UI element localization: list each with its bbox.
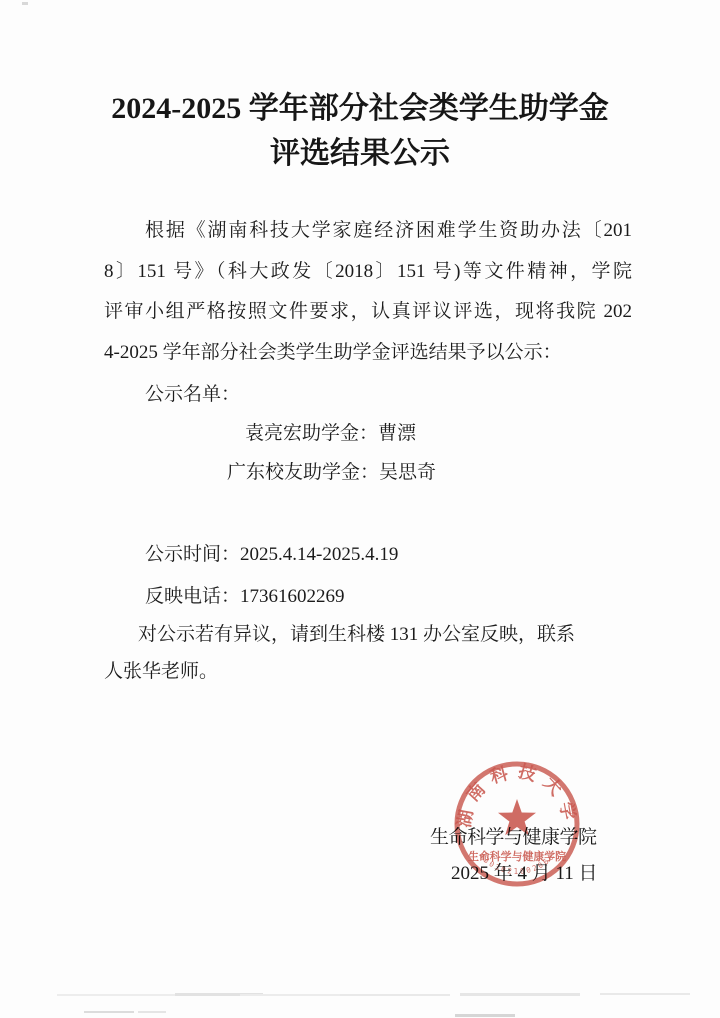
scan-artifact — [22, 2, 28, 5]
objection-line-1: 对公示若有异议，请到生科楼 131 办公室反映，联系 — [138, 622, 575, 648]
publicity-time: 公示时间：2025.4.14-2025.4.19 — [145, 542, 398, 568]
scanned-document-page: 2024-2025 学年部分社会类学生助学金 评选结果公示 根据《湖南科技大学家… — [0, 0, 720, 1018]
body-paragraph-line-3: 评审小组严格按照文件要求，认真评议评选，现将我院 202 — [104, 299, 632, 325]
scan-artifact — [455, 1014, 515, 1017]
scan-artifact — [138, 1011, 166, 1013]
scan-artifact — [600, 993, 690, 995]
document-title-line-2: 评选结果公示 — [0, 131, 720, 176]
body-paragraph-line-4: 4-2025 学年部分社会类学生助学金评选结果予以公示： — [104, 340, 562, 366]
seal-star-icon — [498, 799, 536, 835]
body-paragraph-line-2: 8〕151 号》（科大政发〔2018〕151 号)等文件精神，学院 — [104, 259, 632, 285]
body-paragraph-line-1: 根据《湖南科技大学家庭经济困难学生资助办法〔201 — [104, 218, 632, 244]
feedback-phone: 反映电话：17361602269 — [145, 584, 345, 610]
objection-line-2: 人张华老师。 — [104, 659, 218, 685]
scan-artifact — [84, 1011, 134, 1013]
award-line-1: 袁亮宏助学金：曹漂 — [245, 421, 416, 447]
award-line-2: 广东校友助学金：吴思奇 — [227, 460, 436, 486]
document-title: 2024-2025 学年部分社会类学生助学金 评选结果公示 — [0, 86, 720, 176]
official-seal: 湖南科技大学 生命科学与健康学院 4303021002066 — [450, 756, 584, 892]
scan-artifact — [57, 994, 177, 996]
list-heading: 公示名单： — [145, 382, 240, 408]
scan-artifact — [340, 994, 450, 996]
document-title-line-1: 2024-2025 学年部分社会类学生助学金 — [0, 86, 720, 131]
scan-artifact — [460, 993, 580, 996]
